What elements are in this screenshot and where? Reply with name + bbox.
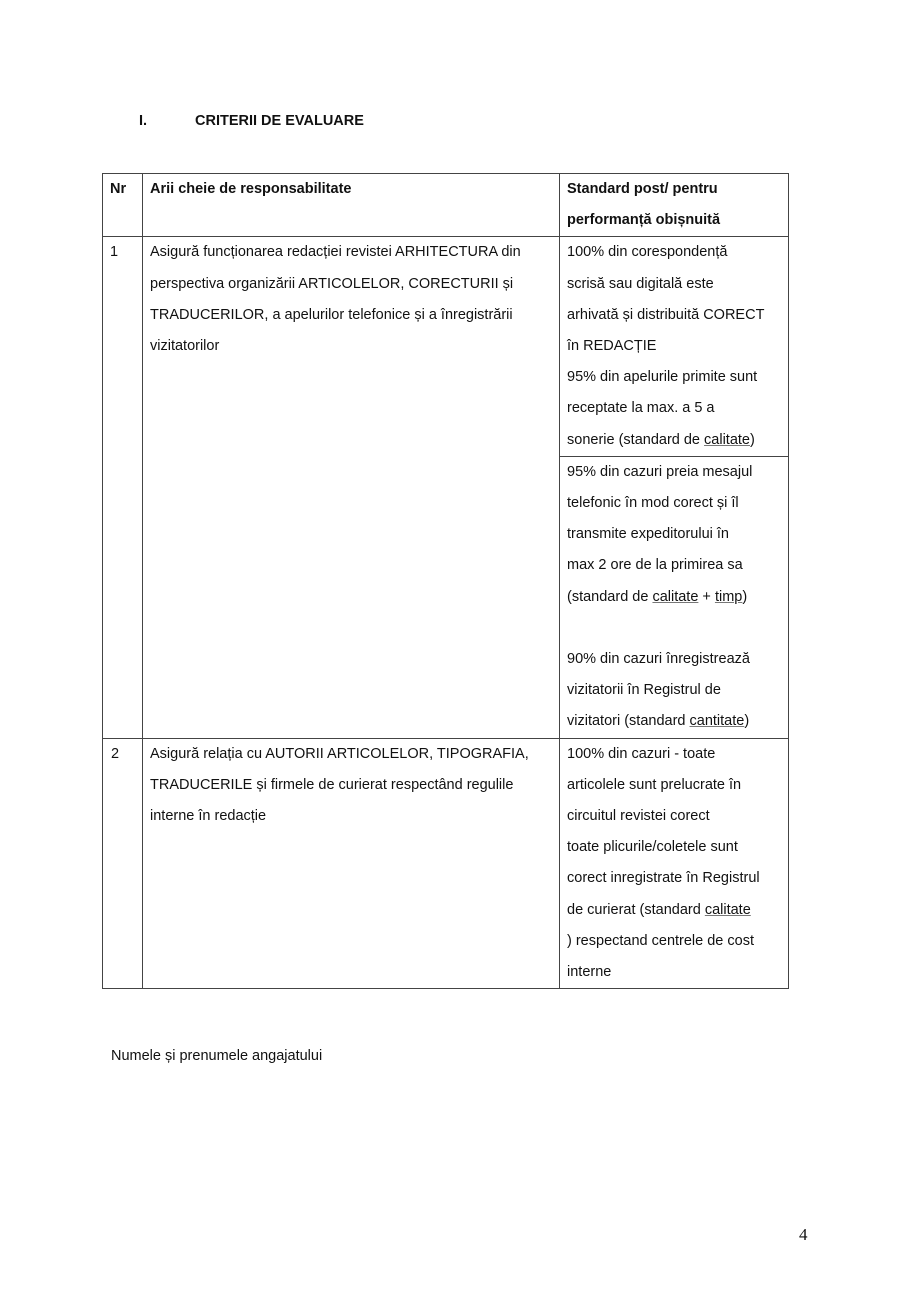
- underlined-term: calitate: [652, 589, 698, 605]
- row-number: 2: [103, 738, 143, 989]
- evaluation-criteria-table: Nr Arii cheie de responsabilitate Standa…: [102, 173, 789, 989]
- row-number: 1: [103, 237, 143, 738]
- header-area: Arii cheie de responsabilitate: [143, 174, 560, 237]
- document-page: I.CRITERII DE EVALUARE Nr Arii cheie de …: [0, 0, 919, 1301]
- underlined-term: cantitate: [690, 713, 745, 729]
- table-header-row: Nr Arii cheie de responsabilitate Standa…: [103, 174, 789, 237]
- responsibility-area: Asigură relația cu AUTORII ARTICOLELOR, …: [143, 738, 560, 989]
- underlined-term: calitate: [705, 902, 751, 918]
- section-title: CRITERII DE EVALUARE: [195, 113, 364, 129]
- table-row: 1 Asigură funcționarea redacției reviste…: [103, 237, 789, 456]
- section-heading: I.CRITERII DE EVALUARE: [139, 113, 364, 129]
- performance-standard: 100% din cazuri - toate articolele sunt …: [560, 738, 789, 989]
- underlined-term: timp: [715, 589, 742, 605]
- header-nr: Nr: [103, 174, 143, 237]
- underlined-term: calitate: [704, 432, 750, 448]
- employee-name-label: Numele și prenumele angajatului: [111, 1048, 322, 1064]
- header-standard: Standard post/ pentru performanță obișnu…: [560, 174, 789, 237]
- table-row: 2 Asigură relația cu AUTORII ARTICOLELOR…: [103, 738, 789, 989]
- page-number: 4: [799, 1225, 808, 1245]
- responsibility-area: Asigură funcționarea redacției revistei …: [143, 237, 560, 738]
- performance-standard: 100% din corespondență scrisă sau digita…: [560, 237, 789, 456]
- section-number: I.: [139, 113, 195, 129]
- performance-standard: 95% din cazuri preia mesajul telefonic î…: [560, 456, 789, 738]
